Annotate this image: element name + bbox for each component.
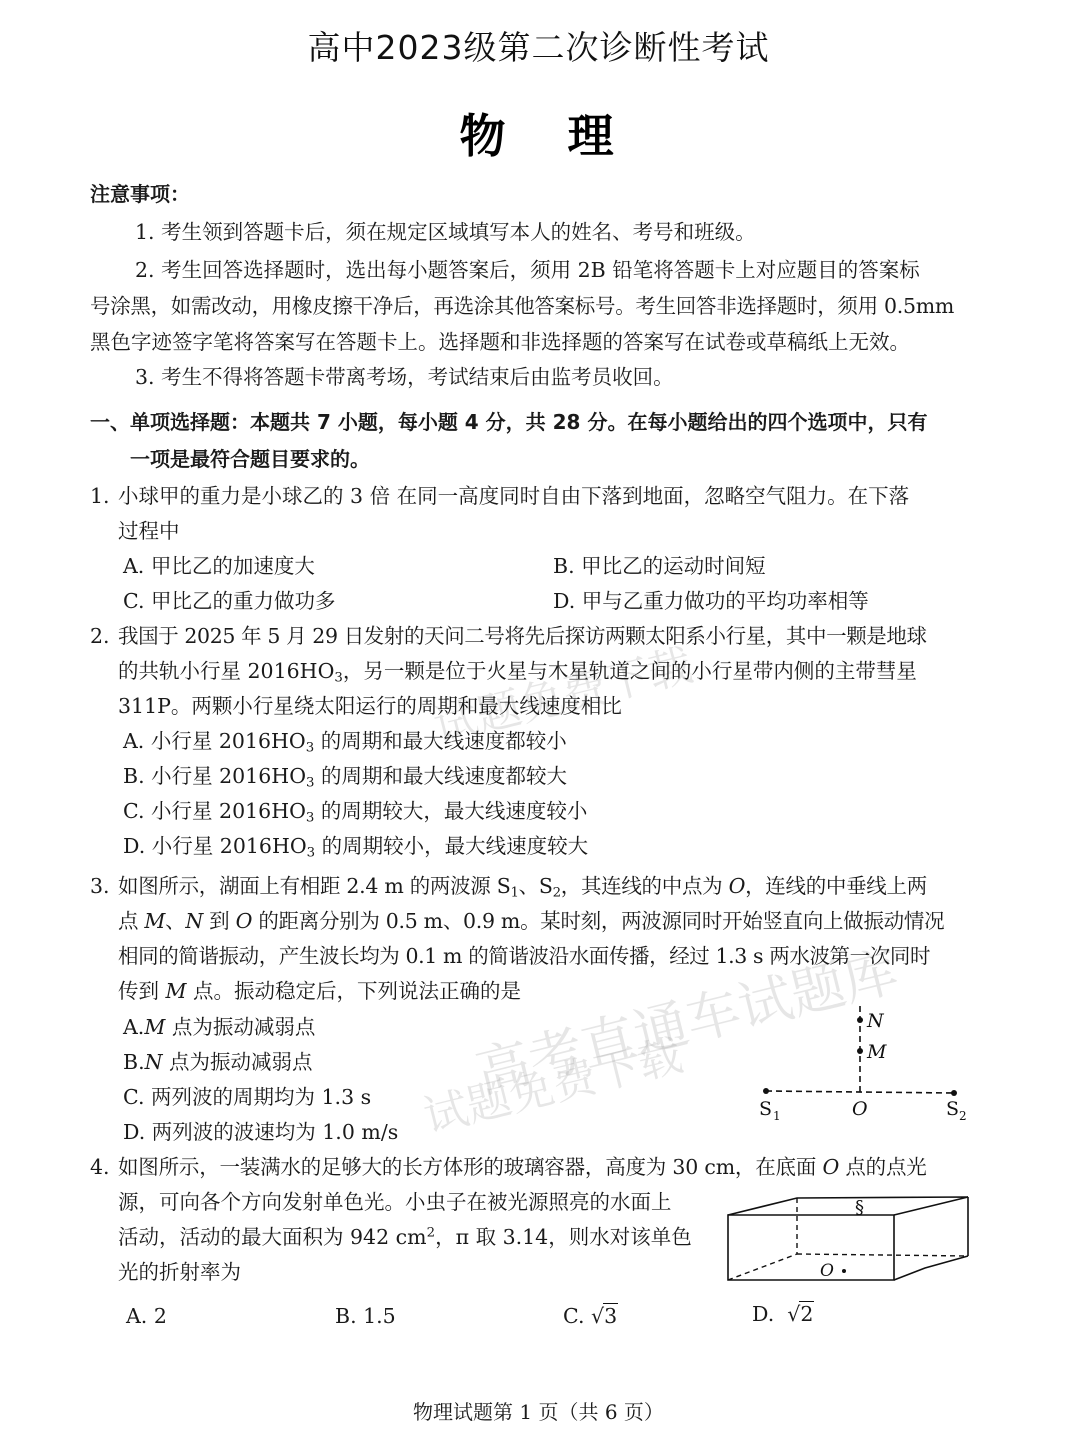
subscript: 3: [306, 740, 314, 755]
option-text: 的周期和最大线速度都较大: [321, 764, 567, 788]
option-d[interactable]: D. 甲与乙重力做功的平均功率相等: [553, 587, 869, 615]
stem-text: 如图所示，一装满水的足够大的长方体形的玻璃容器，高度为 30 cm，在底面: [118, 1155, 822, 1179]
option-text: 小行星 2016HO: [151, 764, 306, 788]
section-heading: 一、单项选择题：本题共 7 小题，每小题 4 分，共 28 分。在每小题给出的四…: [90, 408, 927, 436]
variable: O: [729, 874, 746, 898]
label-s1: S: [759, 1098, 772, 1120]
label-o: O: [852, 1098, 868, 1120]
option-text: 甲比乙的重力做功多: [151, 589, 336, 613]
page-footer: 物理试题第 1 页（共 6 页）: [0, 1396, 1077, 1425]
option-text: 的周期和最大线速度都较小: [321, 729, 567, 753]
stem-text: 活动，活动的最大面积为 942 cm: [118, 1225, 427, 1249]
superscript: 2: [427, 1226, 435, 1241]
notice-heading: 注意事项：: [90, 178, 190, 207]
option-text: 甲与乙重力做功的平均功率相等: [582, 589, 869, 613]
stem-text: 到: [203, 909, 236, 933]
option-label: B.: [123, 1050, 145, 1074]
sqrt-expression: √3: [591, 1302, 618, 1330]
stem-text: 、S: [519, 874, 553, 898]
variable: M: [144, 909, 165, 933]
label-s2-sub: 2: [959, 1109, 967, 1123]
option-d[interactable]: D. 两列波的波速均为 1.0 m/s: [123, 1118, 398, 1146]
option-a[interactable]: A.M 点为振动减弱点: [123, 1013, 315, 1041]
subject-title: 物理: [0, 100, 1077, 166]
option-a[interactable]: A. 小行星 2016HO3 的周期和最大线速度都较小: [123, 727, 567, 755]
stem-text: 如图所示，湖面上有相距 2.4 m 的两波源 S: [118, 874, 510, 898]
option-label: C.: [563, 1304, 584, 1328]
option-text: 点为振动减弱点: [165, 1015, 315, 1039]
notice-item: 1. 考生领到答题卡后，须在规定区域填写本人的姓名、考号和班级。: [135, 218, 756, 246]
variable: N: [145, 1050, 163, 1074]
option-text: 两列波的波速均为 1.0 m/s: [145, 1120, 398, 1144]
option-text: 甲比乙的运动时间短: [581, 554, 766, 578]
notice-item: 3. 考生不得将答题卡带离考场，考试结束后由监考员收回。: [135, 363, 674, 391]
option-label: D.: [123, 834, 145, 858]
option-label: C.: [123, 589, 144, 613]
stem-text: ，π 取 3.14，则水对该单色: [435, 1225, 692, 1249]
option-text: 小行星 2016HO: [151, 729, 306, 753]
question-stem: 如图所示，一装满水的足够大的长方体形的玻璃容器，高度为 30 cm，在底面 O …: [118, 1153, 927, 1181]
stem-text: 的共轨小行星 2016HO: [118, 659, 334, 683]
option-text: 甲比乙的加速度大: [151, 554, 315, 578]
question-stem: 活动，活动的最大面积为 942 cm2，π 取 3.14，则水对该单色: [118, 1223, 692, 1251]
question-stem: 小球甲的重力是小球乙的 3 倍 在同一高度同时自由下落到地面，忽略空气阻力。在下…: [118, 482, 909, 510]
option-label: D.: [123, 1120, 145, 1144]
option-b[interactable]: B. 甲比乙的运动时间短: [553, 552, 766, 580]
stem-text: 点。振动稳定后，下列说法正确的是: [187, 979, 522, 1003]
section-heading-cont: 一项是最符合题目要求的。: [130, 445, 370, 473]
light-source-point: [842, 1269, 846, 1273]
exam-title: 高中2023级第二次诊断性考试: [0, 22, 1077, 69]
question-stem: 光的折射率为: [118, 1258, 241, 1286]
point-n: [857, 1017, 863, 1023]
option-c[interactable]: C. 两列波的周期均为 1.3 s: [123, 1083, 371, 1111]
option-c[interactable]: C. 小行星 2016HO3 的周期较大，最大线速度较小: [123, 797, 587, 825]
stem-text: 的距离分别为 0.5 m、0.9 m。某时刻，两波源同时开始竖直向上做振动情况: [252, 909, 944, 933]
option-b[interactable]: B. 小行星 2016HO3 的周期和最大线速度都较大: [123, 762, 567, 790]
option-b[interactable]: B. 1.5: [335, 1302, 396, 1330]
variable: O: [236, 909, 253, 933]
variable: N: [185, 909, 203, 933]
question-stem: 传到 M 点。振动稳定后，下列说法正确的是: [118, 977, 521, 1005]
question-number: 1.: [90, 482, 110, 510]
option-label: C.: [123, 799, 144, 823]
subscript: 2: [553, 885, 561, 900]
question-stem: 源，可向各个方向发射单色光。小虫子在被光源照亮的水面上: [118, 1188, 672, 1216]
option-d[interactable]: D. 小行星 2016HO3 的周期较小，最大线速度较大: [123, 832, 588, 860]
option-text: 小行星 2016HO: [152, 834, 307, 858]
subscript: 3: [306, 810, 314, 825]
option-text: 两列波的周期均为 1.3 s: [144, 1085, 371, 1109]
question-number: 3.: [90, 872, 110, 900]
variable: O: [822, 1155, 839, 1179]
watermark: 试题免费下载: [416, 1019, 688, 1145]
stem-text: 点: [118, 909, 144, 933]
option-text: 点为振动减弱点: [163, 1050, 313, 1074]
option-label: B.: [335, 1304, 357, 1328]
label-n: N: [866, 1010, 885, 1032]
option-label: C.: [123, 1085, 144, 1109]
option-d[interactable]: D. √2: [752, 1300, 814, 1328]
subscript: 3: [307, 845, 315, 860]
option-a[interactable]: A. 2: [126, 1302, 167, 1330]
subscript: 3: [334, 670, 342, 685]
notice-item: 号涂黑，如需改动，用橡皮擦干净后，再选涂其他答案标号。考生回答非选择题时，须用 …: [90, 292, 954, 320]
glass-container-diagram: § O: [720, 1188, 980, 1288]
bug-icon: §: [855, 1197, 864, 1218]
question-stem: 的共轨小行星 2016HO3，另一颗是位于火星与木星轨道之间的小行星带内侧的主带…: [118, 657, 917, 685]
subscript: 1: [510, 885, 518, 900]
question-stem: 我国于 2025 年 5 月 29 日发射的天问二号将先后探访两颗太阳系小行星，…: [118, 622, 927, 650]
wave-sources-diagram: N M S 1 O S 2: [750, 1000, 980, 1125]
variable: M: [166, 979, 187, 1003]
sqrt-expression: √2: [787, 1300, 814, 1328]
option-c[interactable]: C. √3: [563, 1302, 618, 1330]
point-m: [857, 1048, 863, 1054]
option-text: 小行星 2016HO: [151, 799, 306, 823]
notice-item: 2. 考生回答选择题时，选出每小题答案后，须用 2B 铅笔将答题卡上对应题目的答…: [135, 256, 920, 284]
exam-page: 高考直通车试题库 试题免费下载 试题免费下载 高中2023级第二次诊断性考试 物…: [0, 0, 1077, 1436]
option-label: A.: [126, 1304, 147, 1328]
option-text: 2: [154, 1304, 167, 1328]
question-stem: 如图所示，湖面上有相距 2.4 m 的两波源 S1、S2，其连线的中点为 O，连…: [118, 872, 927, 900]
option-label: A.: [123, 729, 144, 753]
question-stem: 311P。两颗小行星绕太阳运行的周期和最大线速度相比: [118, 692, 622, 720]
option-a[interactable]: A. 甲比乙的加速度大: [123, 552, 315, 580]
option-label: B.: [553, 554, 575, 578]
label-s2: S: [946, 1098, 959, 1120]
stem-text: ，其连线的中点为: [561, 874, 729, 898]
stem-text: ，连线的中垂线上两: [745, 874, 927, 898]
option-text: 1.5: [363, 1304, 396, 1328]
question-stem: 相同的简谐振动，产生波长均为 0.1 m 的简谐波沿水面传播，经过 1.3 s …: [118, 942, 930, 970]
stem-text: 传到: [118, 979, 166, 1003]
option-text: 的周期较大，最大线速度较小: [321, 799, 588, 823]
option-c[interactable]: C. 甲比乙的重力做功多: [123, 587, 336, 615]
question-number: 4.: [90, 1153, 110, 1181]
radicand: 2: [799, 1301, 814, 1326]
option-label: D.: [752, 1302, 774, 1326]
option-b[interactable]: B.N 点为振动减弱点: [123, 1048, 313, 1076]
subject-char: 物: [460, 100, 510, 166]
label-m: M: [866, 1041, 887, 1063]
option-label: A.: [123, 554, 144, 578]
variable: M: [144, 1015, 165, 1039]
label-s1-sub: 1: [773, 1109, 781, 1123]
option-label: B.: [123, 764, 145, 788]
option-label: D.: [553, 589, 575, 613]
option-label: A.: [123, 1015, 144, 1039]
question-number: 2.: [90, 622, 110, 650]
subscript: 3: [306, 775, 314, 790]
stem-text: 、: [165, 909, 185, 933]
question-stem: 过程中: [118, 517, 180, 545]
stem-text: ，另一颗是位于火星与木星轨道之间的小行星带内侧的主带彗星: [343, 659, 917, 683]
source-s2-point: [951, 1090, 957, 1096]
source-s1-point: [763, 1088, 769, 1094]
label-o: O: [820, 1261, 834, 1281]
question-stem: 点 M、N 到 O 的距离分别为 0.5 m、0.9 m。某时刻，两波源同时开始…: [118, 907, 944, 935]
stem-text: 点的点光: [839, 1155, 927, 1179]
radicand: 3: [603, 1303, 618, 1328]
option-text: 的周期较小，最大线速度较大: [322, 834, 589, 858]
subject-char: 理: [568, 100, 618, 166]
notice-item: 黑色字迹签字笔将答案写在答题卡上。选择题和非选择题的答案写在试卷或草稿纸上无效。: [90, 328, 910, 356]
